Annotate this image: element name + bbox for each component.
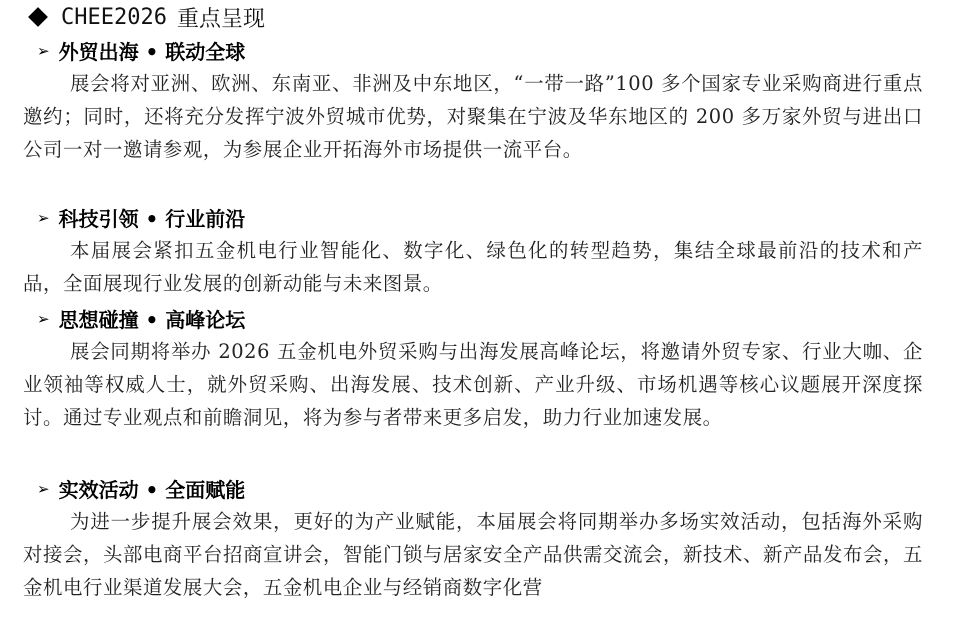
section-activities: ➢ 实效活动 • 全面赋能 为进一步提升展会效果，更好的为产业赋能，本届展会将同… bbox=[23, 472, 923, 604]
section-heading-text: 实效活动 • 全面赋能 bbox=[59, 474, 246, 503]
arrowhead-right-icon: ➢ bbox=[37, 42, 50, 60]
page-title: CHEE2026 重点呈现 bbox=[27, 1, 265, 33]
section-heading-text: 思想碰撞 • 高峰论坛 bbox=[59, 304, 246, 333]
section-technology: ➢ 科技引领 • 行业前沿 本届展会紧扣五金机电行业智能化、数字化、绿色化的转型… bbox=[23, 201, 923, 300]
section-body: 为进一步提升展会效果，更好的为产业赋能，本届展会将同期举办多场实效活动，包括海外… bbox=[23, 505, 923, 604]
arrowhead-right-icon: ➢ bbox=[37, 209, 50, 227]
section-body: 本届展会紧扣五金机电行业智能化、数字化、绿色化的转型趋势，集结全球最前沿的技术和… bbox=[23, 234, 923, 300]
arrowhead-right-icon: ➢ bbox=[37, 310, 50, 328]
arrowhead-right-icon: ➢ bbox=[37, 480, 50, 498]
section-heading-text: 外贸出海 • 联动全球 bbox=[59, 36, 246, 65]
section-heading-text: 科技引领 • 行业前沿 bbox=[59, 203, 246, 232]
diamond-icon bbox=[28, 7, 48, 27]
section-forum: ➢ 思想碰撞 • 高峰论坛 展会同期将举办 2026 五金机电外贸采购与出海发展… bbox=[23, 302, 923, 434]
section-heading: ➢ 外贸出海 • 联动全球 bbox=[23, 34, 923, 67]
title-code: CHEE2026 bbox=[61, 5, 167, 30]
section-heading: ➢ 科技引领 • 行业前沿 bbox=[23, 201, 923, 234]
section-body: 展会同期将举办 2026 五金机电外贸采购与出海发展高峰论坛，将邀请外贸专家、行… bbox=[23, 335, 923, 434]
section-foreign-trade: ➢ 外贸出海 • 联动全球 展会将对亚洲、欧洲、东南亚、非洲及中东地区，“一带一… bbox=[23, 34, 923, 166]
title-text: 重点呈现 bbox=[177, 2, 265, 33]
section-heading: ➢ 实效活动 • 全面赋能 bbox=[23, 472, 923, 505]
section-body: 展会将对亚洲、欧洲、东南亚、非洲及中东地区，“一带一路”100 多个国家专业采购… bbox=[23, 67, 923, 166]
section-heading: ➢ 思想碰撞 • 高峰论坛 bbox=[23, 302, 923, 335]
